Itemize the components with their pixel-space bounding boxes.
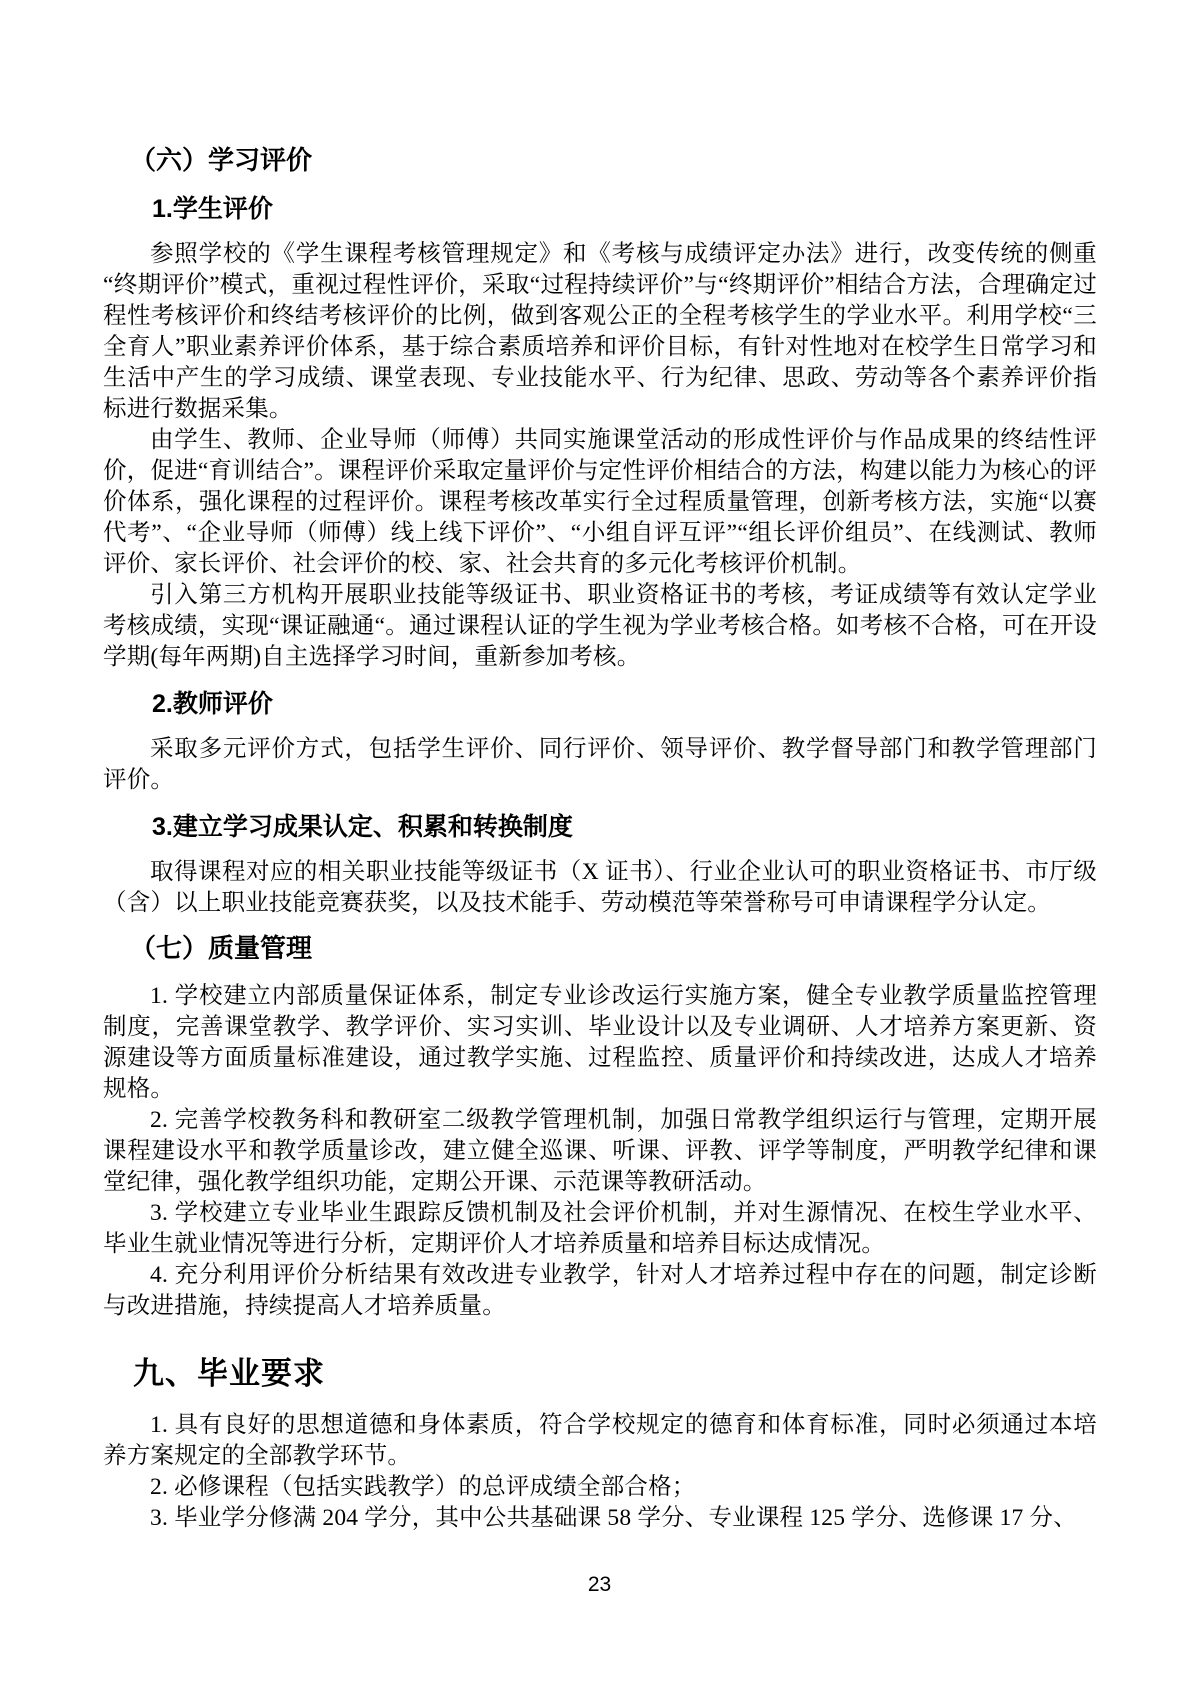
section-6-sub-2-heading: 2.教师评价 [152, 688, 1097, 720]
paragraph-quality-1: 1. 学校建立内部质量保证体系，制定专业诊改运行实施方案，健全专业教学质量监控管… [103, 981, 1097, 1105]
paragraph-graduation-2: 2. 必修课程（包括实践教学）的总评成绩全部合格； [103, 1472, 1097, 1503]
section-7-heading: （七）质量管理 [130, 931, 1097, 965]
page-number: 23 [0, 1572, 1199, 1597]
document-body: （六）学习评价 1.学生评价 参照学校的《学生课程考核管理规定》和《考核与成绩评… [103, 143, 1097, 1534]
paragraph-teacher-eval: 采取多元评价方式，包括学生评价、同行评价、领导评价、教学督导部门和教学管理部门评… [103, 734, 1097, 796]
paragraph-student-eval-1: 参照学校的《学生课程考核管理规定》和《考核与成绩评定办法》进行，改变传统的侧重“… [103, 239, 1097, 425]
paragraph-student-eval-3: 引入第三方机构开展职业技能等级证书、职业资格证书的考核，考证成绩等有效认定学业考… [103, 580, 1097, 673]
section-6-sub-1-heading: 1.学生评价 [152, 193, 1097, 225]
paragraph-quality-2: 2. 完善学校教务科和教研室二级教学管理机制，加强日常教学组织运行与管理，定期开… [103, 1105, 1097, 1198]
document-page: （六）学习评价 1.学生评价 参照学校的《学生课程考核管理规定》和《考核与成绩评… [0, 0, 1199, 1696]
paragraph-quality-4: 4. 充分利用评价分析结果有效改进专业教学，针对人才培养过程中存在的问题，制定诊… [103, 1260, 1097, 1322]
paragraph-student-eval-2: 由学生、教师、企业导师（师傅）共同实施课堂活动的形成性评价与作品成果的终结性评价… [103, 425, 1097, 580]
paragraph-graduation-1: 1. 具有良好的思想道德和身体素质，符合学校规定的德育和体育标准，同时必须通过本… [103, 1410, 1097, 1472]
paragraph-credit-recognition: 取得课程对应的相关职业技能等级证书（X 证书）、行业企业认可的职业资格证书、市厅… [103, 857, 1097, 919]
section-9-heading: 九、毕业要求 [133, 1354, 1097, 1394]
section-6-heading: （六）学习评价 [130, 143, 1097, 177]
paragraph-graduation-3: 3. 毕业学分修满 204 学分，其中公共基础课 58 学分、专业课程 125 … [103, 1503, 1097, 1534]
section-6-sub-3-heading: 3.建立学习成果认定、积累和转换制度 [152, 811, 1097, 843]
paragraph-quality-3: 3. 学校建立专业毕业生跟踪反馈机制及社会评价机制，并对生源情况、在校生学业水平… [103, 1198, 1097, 1260]
